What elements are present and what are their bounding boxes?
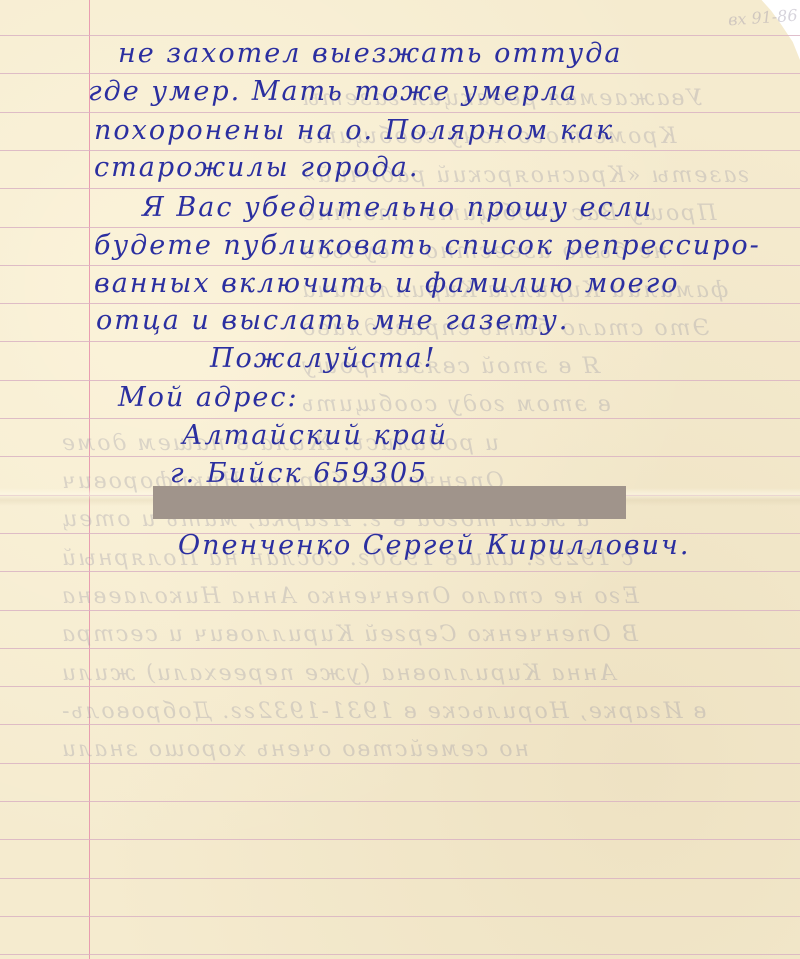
bleed-through-line: Анна Кирилловна (уже переехали) жили — [60, 661, 616, 686]
bleed-through-line: в Игарке, Норильске в 1931-1932гг. Добро… — [60, 699, 706, 724]
ruled-line — [0, 610, 800, 611]
ruled-line — [0, 954, 800, 955]
letter-line: ванных включить и фамилию моего — [94, 268, 679, 299]
ruled-line — [0, 73, 800, 74]
letter-line: Я Вас убедительно прошу если — [142, 192, 653, 223]
address-label: Мой адрес: — [118, 382, 299, 413]
letter-line: будете публиковать список репрессиро- — [94, 230, 761, 261]
ruled-line — [0, 150, 800, 151]
ruled-line — [0, 648, 800, 649]
letter-line: старожилы города. — [94, 152, 419, 183]
ruled-line — [0, 227, 800, 228]
ruled-line — [0, 686, 800, 687]
letter-page: вх 91-86 Уважаемая редакция газетыКроме … — [0, 0, 800, 959]
ruled-line — [0, 303, 800, 304]
letter-line: похоронены на о. Полярном как — [94, 115, 614, 146]
ruled-line — [0, 188, 800, 189]
ruled-line — [0, 878, 800, 879]
signature-name: Опенченко Сергей Кириллович. — [178, 530, 690, 561]
redacted-block — [153, 486, 626, 519]
ruled-line — [0, 380, 800, 381]
ruled-line — [0, 112, 800, 113]
address-region: Алтайский край — [182, 420, 448, 451]
ruled-line — [0, 418, 800, 419]
ruled-line — [0, 724, 800, 725]
ruled-line — [0, 35, 800, 36]
ruled-line — [0, 916, 800, 917]
bleed-through-line: В Опенченко Сергей Кириллович и сестра — [60, 622, 638, 647]
bleed-through-line: Его не стало Опенченко Анна Николаевна — [60, 584, 639, 609]
address-city: г. Бийск 659305 — [170, 458, 428, 489]
ruled-line — [0, 839, 800, 840]
ruled-line — [0, 763, 800, 764]
letter-line: Пожалуйста! — [210, 343, 437, 374]
bleed-through-line: в этом году сообщить — [300, 392, 611, 417]
letter-line: не захотел выезжать оттуда — [118, 38, 622, 69]
ruled-line — [0, 801, 800, 802]
ruled-line — [0, 571, 800, 572]
letter-line: где умер. Мать тоже умерла — [88, 76, 578, 107]
ruled-line — [0, 265, 800, 266]
bleed-through-line: но семейство очень хорошо знали — [60, 737, 529, 762]
letter-line: отца и выслать мне газету. — [96, 305, 569, 336]
